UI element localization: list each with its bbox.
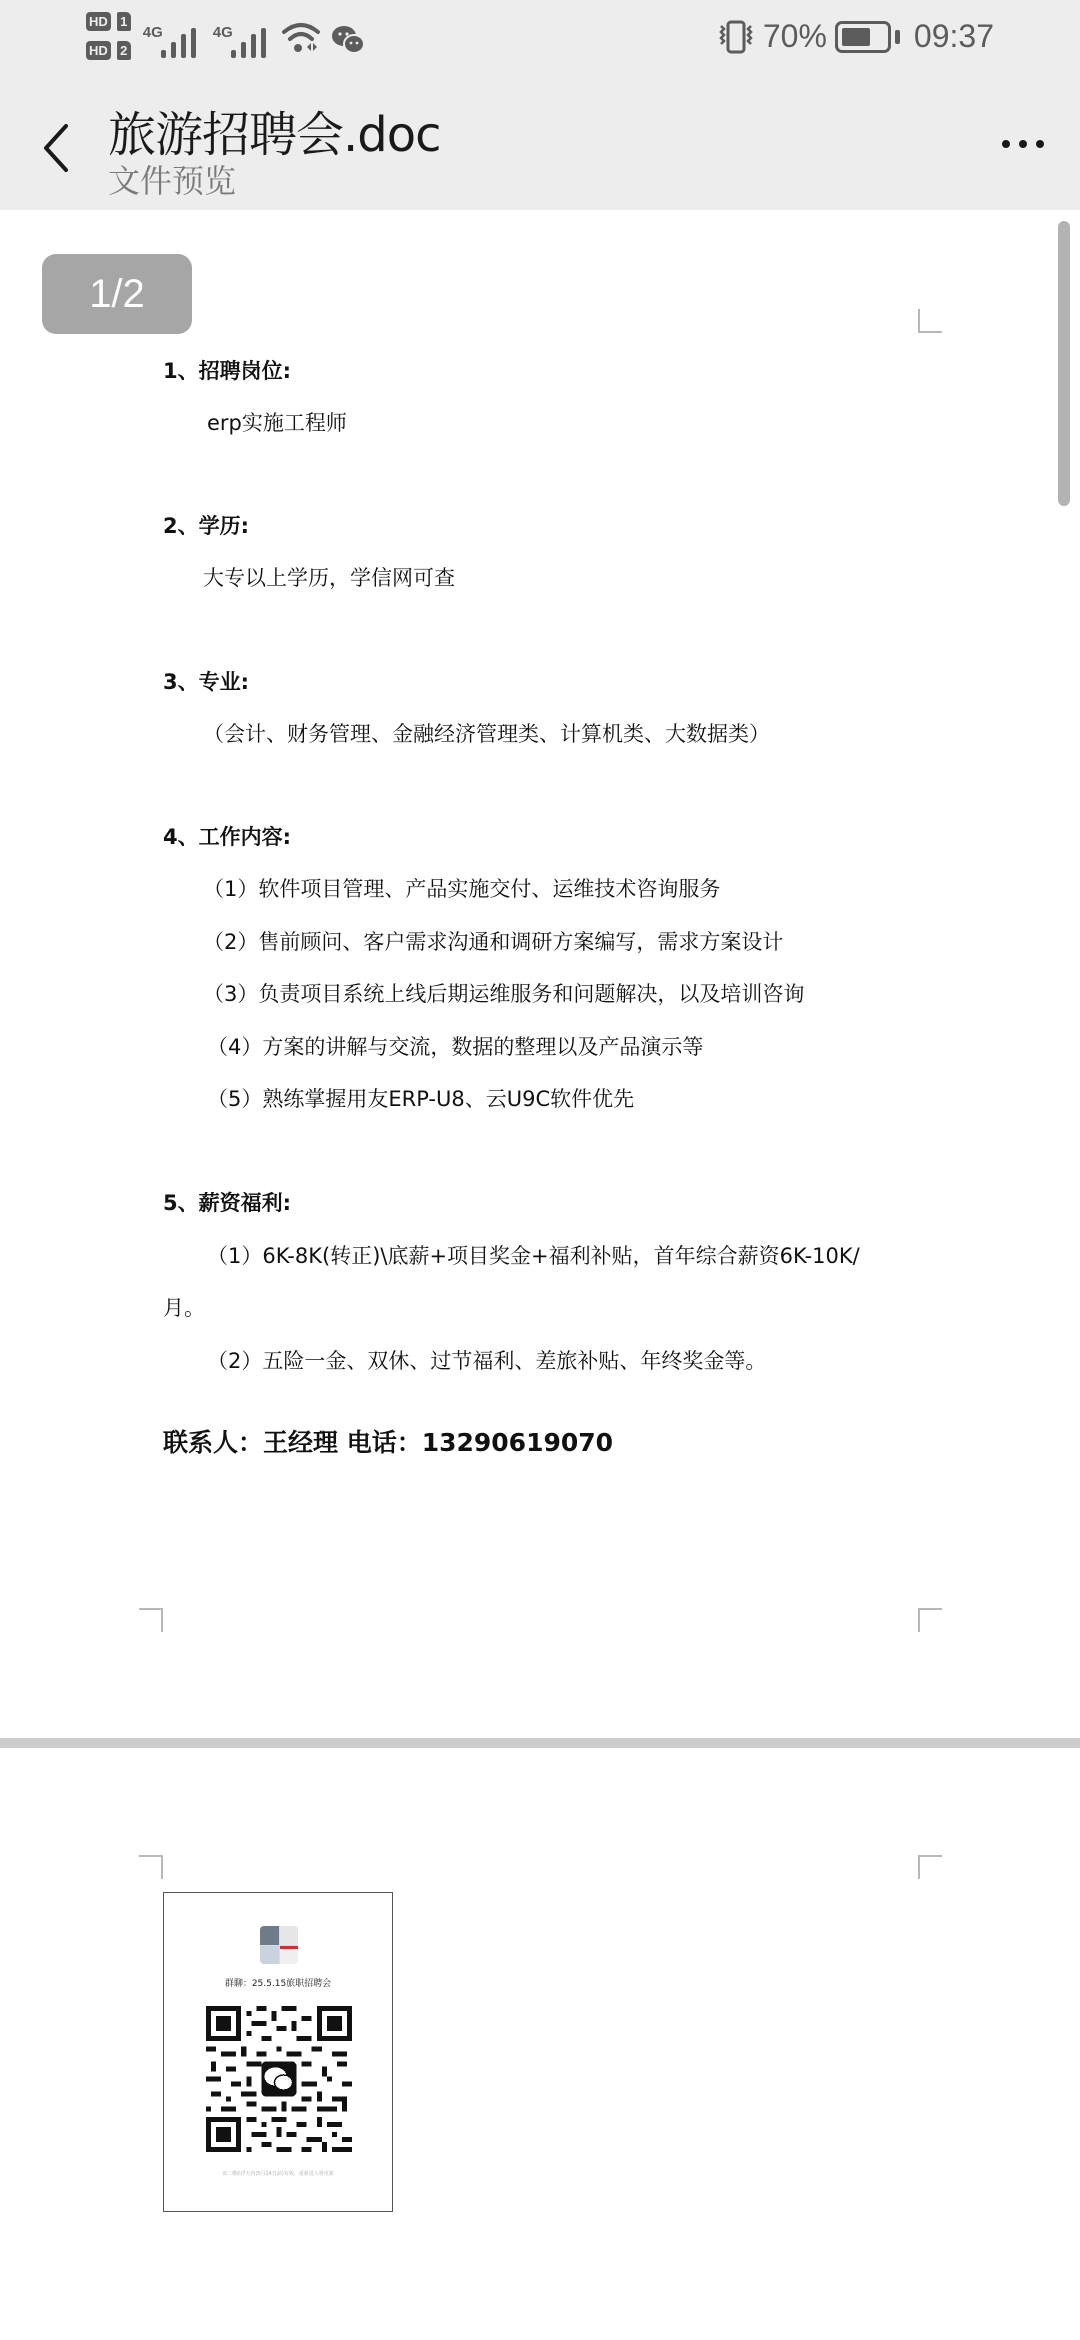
section-heading: 5、薪资福利: — [163, 1187, 291, 1217]
page-margin-corner — [918, 309, 942, 333]
page-margin-corner — [139, 1855, 163, 1879]
battery-percent: 70% — [763, 18, 827, 55]
file-subtitle: 文件预览 — [108, 156, 236, 202]
signal-icon: 4G — [213, 14, 271, 58]
section-text: （4）方案的讲解与交流，数据的整理以及产品演示等 — [207, 1031, 703, 1061]
sim2-indicator: HD 2 — [86, 41, 131, 60]
network-type-label: 4G — [143, 24, 163, 41]
wechat-icon — [331, 23, 365, 57]
section-text: 大专以上学历，学信网可查 — [203, 562, 455, 592]
file-title: 旅游招聘会.doc — [108, 96, 441, 165]
sim-slot-icon: 1 — [117, 12, 131, 31]
section-text: （2）售前顾问、客户需求沟通和调研方案编写，需求方案设计 — [203, 926, 783, 956]
section-text: （3）负责项目系统上线后期运维服务和问题解决，以及培训咨询 — [203, 978, 804, 1008]
page-margin-corner — [918, 1855, 942, 1879]
qr-code — [206, 2006, 352, 2152]
scrollbar[interactable] — [1058, 221, 1070, 506]
section-text: erp实施工程师 — [207, 407, 347, 437]
section-text: （2）五险一金、双休、过节福利、差旅补贴、年终奖金等。 — [207, 1345, 766, 1375]
signal-icon: 4G — [143, 14, 201, 58]
section-text: 月。 — [163, 1292, 205, 1322]
wifi-icon — [281, 14, 321, 58]
document-viewer[interactable]: 1/2 1、招聘岗位: erp实施工程师 2、学历: 大专以上学历，学信网可查 … — [0, 210, 1080, 2340]
clock: 09:37 — [914, 18, 994, 55]
hd-icon: HD — [86, 12, 111, 31]
sim-slot-icon: 2 — [117, 41, 131, 60]
wechat-group-qr-image: 群聊：25.5.15旅职招聘会 — [163, 1892, 393, 2212]
sim1-indicator: HD 1 — [86, 12, 131, 31]
group-avatar — [260, 1926, 298, 1964]
network-type-label: 4G — [213, 24, 233, 41]
section-text: （1）软件项目管理、产品实施交付、运维技术咨询服务 — [203, 873, 720, 903]
section-text: （会计、财务管理、金融经济管理类、计算机类、大数据类） — [203, 718, 770, 748]
section-heading: 1、招聘岗位: — [163, 355, 291, 385]
battery-icon — [835, 21, 891, 53]
page-separator — [0, 1738, 1080, 1748]
status-bar: HD 1 HD 2 4G 4G — [0, 0, 1080, 80]
back-button[interactable] — [36, 118, 76, 178]
more-horizontal-icon — [1002, 140, 1010, 148]
hd-icon: HD — [86, 41, 111, 60]
app-bar: 旅游招聘会.doc 文件预览 — [0, 80, 1080, 210]
qr-footer-note: 该二维码7天内(5月14日前)有效，重新进入将更新 — [164, 2170, 392, 2177]
chevron-left-icon — [36, 118, 76, 178]
section-text: （5）熟练掌握用友ERP-U8、云U9C软件优先 — [207, 1083, 634, 1113]
vibrate-icon — [717, 20, 755, 54]
section-text: （1）6K-8K(转正)\底薪+项目奖金+福利补贴，首年综合薪资6K-10K/ — [207, 1240, 860, 1270]
battery-tip — [895, 30, 900, 44]
section-heading: 4、工作内容: — [163, 821, 291, 851]
status-left: HD 1 HD 2 4G 4G — [86, 12, 365, 60]
section-heading: 2、学历: — [163, 510, 249, 540]
status-right: 70% 09:37 — [717, 18, 994, 55]
qr-group-title: 群聊：25.5.15旅职招聘会 — [164, 1976, 392, 1989]
page-margin-corner — [139, 1608, 163, 1632]
more-options-button[interactable] — [1002, 140, 1044, 148]
page-indicator: 1/2 — [42, 254, 192, 334]
contact-line: 联系人：王经理 电话：13290619070 — [163, 1423, 613, 1459]
section-heading: 3、专业: — [163, 666, 249, 696]
page-margin-corner — [918, 1608, 942, 1632]
